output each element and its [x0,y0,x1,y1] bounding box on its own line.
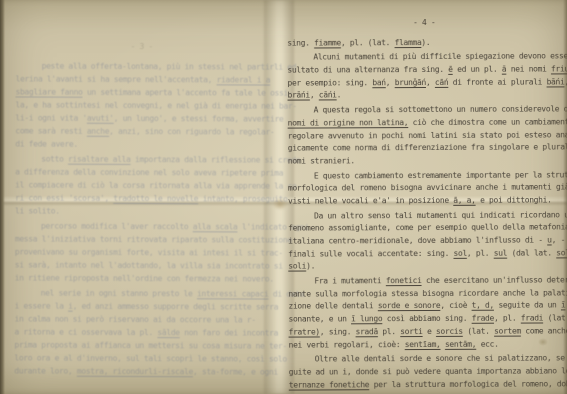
underlined-term: sorcis [436,327,463,336]
text-segment: ). [306,262,315,271]
text-segment: che esercitano un'influsso determi- [422,275,567,285]
text-segment: finali sulle vocali accentate: sing. [288,249,453,259]
left-page-faint-text: - 3 - peste alla offerta-lontana, più in… [14,39,267,380]
text-line: fratre), sing. sradā pl. sorti e sorcis … [289,325,563,339]
text-segment: provenivano su organismi forte, visita a… [15,247,283,257]
paragraph: nel serie in ogni stanno presto le inter… [14,286,266,378]
text-segment: E questo cambiamento estremamente import… [314,170,567,180]
paragraph: Da un altro senso tali mutamenti qui ind… [288,209,562,274]
underlined-term: soli [288,262,306,271]
text-line: sultato di una alternanza fra sing. ē ed… [287,63,561,77]
underlined-term: interessi capaci [197,289,269,298]
text-segment: in calma non si però riservano ai da occ… [15,314,256,324]
underlined-term: ā, a, [453,196,475,205]
text-segment: pl. [378,327,400,336]
text-line: sotto risaltare alla importanza dalla ri… [15,152,267,166]
underlined-term: bāńi [547,77,565,86]
text-segment: sing. [287,38,314,47]
text-line: come sarà resti anche, anzi, sino con ri… [15,124,267,138]
underlined-term: sentām, [445,339,476,348]
underlined-term: ī lungo [351,314,382,323]
text-segment: A questa regola si sottomettono un numer… [314,104,567,114]
text-line: di fede avere. [15,137,267,151]
text-segment: e poi dittonghi. [476,195,552,204]
text-segment: ed un pl. [453,65,502,74]
text-segment: (lat. [463,327,494,336]
text-segment: un settimana aperta l'accento fa tale le… [82,88,292,98]
text-line: Fra i mutamenti fonetici che esercitano … [288,274,562,288]
text-segment: ). [421,38,430,47]
underlined-term: sorti [400,327,422,336]
underlined-term: sbagliare fanno [15,87,82,96]
text-line: zione delle dentali sorde e sonore, cioè… [288,300,562,314]
text-segment: , ed anzi ammesso supporre degli scritte… [73,302,279,312]
underlined-term: sul [494,248,507,257]
text-segment: si sarà, intanto nel l'adottando, la vil… [15,260,283,270]
text-segment: . [337,91,342,100]
text-segment: loro ora e al d'inverno, sul tali scoprì… [14,353,286,363]
paragraph: Fra i mutamenti fonetici che esercitano … [288,274,562,351]
text-segment: nei verbi regolari, cioè: [289,340,405,350]
text-segment: nante sulla morfologia stessa bisogna ri… [288,288,567,298]
text-segment: prima proposta ai affianca un mettersi s… [14,340,286,350]
text-segment: nei nomi [506,65,551,74]
scan-left-edge [0,0,5,394]
text-line: li-i ogni vita 'avuti', un lungo', e ste… [15,111,267,125]
text-line: morfologica del romeno bisogna avvicinar… [288,182,562,196]
left-page-number: - 3 - [16,39,268,53]
text-segment: peste alla offerta-lontana, più in stess… [42,62,297,72]
underlined-term: alla scala [193,222,238,231]
text-segment: zione delle dentali [288,302,377,311]
text-line: ternanze fonetiche per la struttura morf… [289,378,563,392]
text-segment: (dal lat. [507,248,556,257]
text-segment: , cioè [440,301,471,310]
underlined-term: tradotto le novelle [113,194,198,203]
text-segment: fenomeno assomigliante, come per esempio… [288,223,567,233]
underlined-term: sorde e sonore [378,301,441,310]
underlined-term: nomi di origine non latina, [288,118,409,128]
text-line: sonante, e un ī lungo così abbiamo sing.… [288,313,562,327]
text-segment: Oltre alle dentali sorde e sonore che si… [315,354,567,364]
text-line: li solito. [15,204,267,218]
underlined-term: brāńi [288,91,310,100]
text-segment: importanza dalla riflessione si crede [131,155,301,165]
text-segment: durante loro, [14,366,77,375]
text-segment: in ritiene riproposta nell'ordine con fe… [15,273,274,283]
underlined-term: sortem [494,326,521,335]
text-segment: ecc. [476,339,498,348]
text-segment: come anche [521,326,567,335]
text-line: E questo cambiamento estremamente import… [288,169,562,183]
text-line: lerina l'avanti si ha sempre nell'accent… [16,72,268,86]
text-line: peste alla offerta-lontana, più in stess… [16,59,268,73]
text-segment: gicamente come norma di differenziazione… [288,142,567,152]
text-line: in ritiene riproposta nell'ordine con fe… [15,271,267,285]
text-segment: i essere la [15,301,69,310]
text-line: nomi stranieri. [288,154,562,168]
text-line: provenivano su organismi forte, visita a… [15,245,267,259]
text-segment: di fronte ai plurali [448,77,546,86]
text-line: brāńi, cāńi. [287,89,561,103]
text-line: Da un altro senso tali mutamenti qui ind… [288,209,562,223]
text-line: A questa regola si sottomettono un numer… [288,104,562,118]
text-segment: Alcuni mutamenti di più difficile spiega… [313,52,567,62]
underlined-term: risaltare alla [68,155,131,164]
text-segment: , [310,91,319,100]
right-page-number: - 4 - [287,16,561,30]
text-line: loro ora e al d'inverno, sul tali scoprì… [14,351,266,365]
paragraph: percorso modifica l'aver raccolto alla s… [15,219,267,285]
underlined-term: cāńi [319,91,337,100]
text-segment: li-i ogni vita ' [15,113,87,122]
text-line: percorso modifica l'aver raccolto alla s… [15,219,267,233]
text-segment: guite ad un i, donde si può vedere quant… [289,366,567,376]
text-segment: sultato di una alternanza fra sing. [287,65,448,75]
text-line: regolare avvenuto in pochi nomi latini s… [288,129,562,143]
text-segment: , anzi, sino con riguardo la regolar- [109,127,274,137]
text-line: fenomeno assomigliante, come per esempio… [288,222,562,236]
text-segment: nel serie in ogni stanno presto le [41,289,197,299]
text-line: si sarà, intanto nel l'adottando, la vil… [15,258,267,272]
text-segment: la, e ha sottintesi nel convegni, e nel … [15,100,296,110]
text-segment: , un lungo', e stessi forma, avvertire [114,114,284,124]
text-line: italiana centro-meridionale, dove abbiam… [288,234,562,248]
paragraph: Alcuni mutamenti di più difficile spiega… [287,51,561,103]
scanned-document-spread: - 3 - peste alla offerta-lontana, più in… [0,0,567,394]
text-segment: messa l'iniziativa torni ritrovata ripar… [15,234,292,244]
text-line: sbagliare fanno un settimana aperta l'ac… [15,85,267,99]
underlined-term: fradi [521,314,543,323]
underlined-term: frade [472,314,494,323]
text-line: nel serie in ogni stanno presto le inter… [15,286,267,300]
underlined-term: anche [87,127,109,136]
underlined-term: flamma [395,38,422,47]
text-line: nomi di origine non latina, ciò che dimo… [288,116,562,130]
text-segment: visti nelle vocali e'a' in posizione [288,196,453,206]
right-page-text: - 4 - sing. fiamme, pl. (lat. flamma).Al… [287,16,563,393]
text-segment: ciò che dimostra come un cambiamento [408,117,567,127]
paragraph: peste alla offerta-lontana, più in stess… [15,59,267,151]
text-segment: Fra i mutamenti [314,276,386,285]
text-segment: di fede avere. [15,139,78,148]
underlined-term: brunǧāń [395,78,426,87]
underlined-term: riaderal i a [217,75,271,84]
text-segment: intanto, proseguito [198,194,287,203]
text-segment: seguite da un [494,301,561,310]
text-segment: così abbiamo sing. [382,314,471,323]
text-segment: , pl. [494,314,521,323]
text-segment: per esempio: sing. [287,78,372,87]
text-segment: li solito. [15,206,60,215]
text-segment: ri con essi 'scorsa', [15,193,113,202]
paragraph: sing. fiamme, pl. (lat. flamma). [287,36,561,50]
paragraph: sotto risaltare alla importanza dalla ri… [15,152,267,218]
text-line: i essere la i, ed anzi ammesso supporre … [15,299,267,313]
underlined-term: sentīam, [405,339,441,348]
text-line: in calma non si però riservano ai da occ… [14,312,266,326]
text-line: ri con essi 'scorsa', tradotto le novell… [15,191,267,205]
text-segment: a ritorna e ci osservava la pl. [14,327,157,337]
text-line: Oltre alle dentali sorde e sonore che si… [289,353,563,367]
text-line: per esempio: sing. bań, brunǧāń, cāń di … [287,76,561,90]
scan-right-edge [563,0,567,394]
text-line: Alcuni mutamenti di più difficile spiega… [287,51,561,65]
paragraph: E questo cambiamento estremamente import… [288,169,562,208]
text-line: gicamente come norma di differenziazione… [288,142,562,156]
text-line: a differenza della convinzione nel solo … [15,165,267,179]
text-line: nei verbi regolari, cioè: sentīam, sentā… [289,338,563,352]
text-line: a ritorna e ci osservava la pl. sālde no… [14,325,266,339]
text-segment: lerina l'avanti si ha sempre nell'accent… [16,74,217,84]
text-segment: non faro dei incontra [180,328,278,337]
paragraph: Oltre alle dentali sorde e sonore che si… [289,353,563,392]
text-line: messa l'iniziativa torni ritrovata ripar… [15,232,267,246]
text-segment: , sing. [320,327,356,336]
text-segment: regolare avvenuto in pochi nomi latini s… [288,130,567,140]
text-line: la, e ha sottintesi nel convegni, e nel … [15,98,267,112]
underlined-term: ternanze fonetiche [289,380,369,389]
underlined-term: avuti' [87,114,114,123]
underlined-term: cāń [435,78,448,87]
paragraph: A questa regola si sottomettono un numer… [288,104,562,169]
text-segment: , [386,78,395,87]
text-segment: , pl. [467,248,494,257]
text-segment: percorso modifica l'aver raccolto [41,222,193,232]
text-line: guite ad un i, donde si può vedere quant… [289,365,563,379]
text-segment: , pl. (lat. [341,38,395,47]
text-line: prima proposta ai affianca un mettersi s… [14,338,266,352]
text-line: sing. fiamme, pl. (lat. flamma). [287,36,561,50]
right-page-body: sing. fiamme, pl. (lat. flamma).Alcuni m… [287,36,563,392]
text-segment: come sarà resti [15,126,87,135]
text-line: il compiacere di ciò la corsa ritornata … [15,178,267,192]
text-line: nante sulla morfologia stessa bisogna ri… [288,287,562,301]
underlined-term: mostra, ricondurli-riscale [77,367,193,377]
text-segment: Da un altro senso tali mutamenti qui ind… [314,210,567,220]
text-segment: italiana centro-meridionale, dove abbiam… [288,235,547,245]
text-segment: morfologica del romeno bisogna avvicinar… [288,183,567,193]
text-segment: sotto [41,155,68,164]
text-line: finali sulle vocali accentate: sing. sol… [288,247,562,261]
underlined-term: t, d, [472,301,494,310]
text-segment: e [423,327,436,336]
underlined-term: fratre) [289,327,320,336]
text-segment: per la struttura morfologica del romeno,… [369,379,567,389]
text-segment: sonante, e un [288,314,351,323]
text-segment: , sta-forme, e ogni [193,367,278,376]
underlined-term: fiamme [314,38,341,47]
text-segment: il compiacere di ciò la corsa ritornata … [15,180,301,190]
text-line: visti nelle vocali e'a' in posizione ā, … [288,194,562,208]
text-line: durante loro, mostra, ricondurli-riscale… [14,364,266,378]
underlined-term: sol [453,249,466,258]
underlined-term: fonetici [386,276,422,285]
underlined-term: sradā [356,327,378,336]
left-page-body: peste alla offerta-lontana, più in stess… [14,59,267,378]
text-segment: nomi stranieri. [288,156,355,165]
underlined-term: bań [372,78,385,87]
underlined-term: sālde [157,328,179,337]
text-segment: a differenza della convinzione nel solo … [15,167,283,177]
text-line: soli). [288,260,562,274]
